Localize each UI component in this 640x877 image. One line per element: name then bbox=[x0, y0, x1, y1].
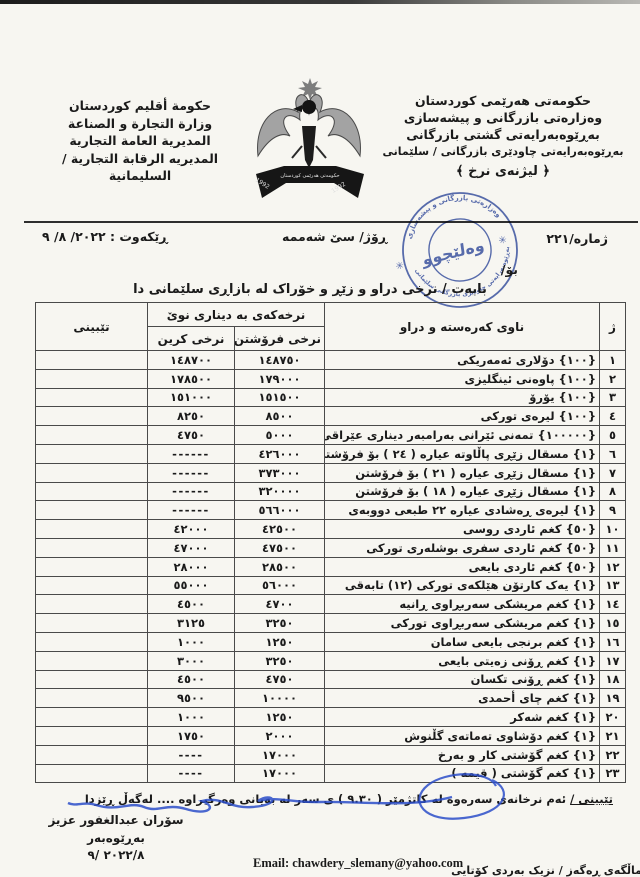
table-row: ٢٣ {١} کغم گۆشتی ( قیمە ) ١٧٠٠٠ ---- bbox=[36, 764, 626, 783]
row-number: ٣ bbox=[600, 388, 626, 407]
note-cell bbox=[36, 557, 148, 576]
table-row: ١٤ {١} کغم مریشکی سەربڕاوی ڕانیە ٤٧٠٠ ٤٥… bbox=[36, 595, 626, 614]
signature-date: ٢٠٢٢/٨ /٩ bbox=[36, 847, 196, 865]
item-name: {١} کغم گۆشتی کار و بەرخ bbox=[325, 745, 600, 764]
footnote-label: تێبینی / bbox=[570, 792, 613, 806]
row-number: ١٦ bbox=[600, 632, 626, 651]
note-cell bbox=[36, 670, 148, 689]
buy-price: ٤٧٥٠ bbox=[148, 426, 235, 445]
sell-price: ٤٢٥٠٠ bbox=[235, 520, 325, 539]
buy-price: ٣١٢٥ bbox=[148, 614, 235, 633]
item-name: {٥٠} کغم ئاردی روسی bbox=[325, 520, 600, 539]
row-number: ١٨ bbox=[600, 670, 626, 689]
ribbon-text: حکومەتی هەرێمی کوردستان bbox=[280, 173, 339, 179]
row-number: ١٠ bbox=[600, 520, 626, 539]
buy-price: ٣٠٠٠ bbox=[148, 651, 235, 670]
sub-directorate-line-ku: بەڕێوەبەرایەتی چاودێری بازرگانی / سلێمان… bbox=[374, 143, 632, 160]
sell-price: ٣٧٣٠٠٠ bbox=[235, 463, 325, 482]
note-cell bbox=[36, 708, 148, 727]
row-number: ٩ bbox=[600, 501, 626, 520]
buy-price: ١٠٠٠ bbox=[148, 708, 235, 727]
sell-price: ٥٦٠٠٠ bbox=[235, 576, 325, 595]
buy-price: ٢٨٠٠٠ bbox=[148, 557, 235, 576]
row-number: ١٥ bbox=[600, 614, 626, 633]
sell-price: ١٧٩٠٠٠ bbox=[235, 369, 325, 388]
header-divider-line bbox=[24, 221, 638, 223]
sell-price: ٨٥٠٠ bbox=[235, 407, 325, 426]
table-row: ١٨ {١} کغم ڕۆنی تکسان ٤٧٥٠ ٤٥٠٠ bbox=[36, 670, 626, 689]
note-cell bbox=[36, 444, 148, 463]
row-number: ٢ bbox=[600, 369, 626, 388]
note-cell bbox=[36, 614, 148, 633]
buy-price: ٤٥٠٠ bbox=[148, 595, 235, 614]
table-row: ٤ {١٠٠} لیرەی تورکی ٨٥٠٠ ٨٢٥٠ bbox=[36, 407, 626, 426]
ministry-line-ar: وزارة التجارة و الصناعة bbox=[34, 115, 246, 133]
row-number: ١٧ bbox=[600, 651, 626, 670]
sell-price: ٤٢٦٠٠٠ bbox=[235, 444, 325, 463]
sell-price: ١٥١٥٠٠ bbox=[235, 388, 325, 407]
buy-price: ١٤٨٧٠٠ bbox=[148, 351, 235, 370]
note-cell bbox=[36, 482, 148, 501]
table-row: ٢٠ {١} کغم شەکر ١٢٥٠ ١٠٠٠ bbox=[36, 708, 626, 727]
row-number: ٢٣ bbox=[600, 764, 626, 783]
ribbon-banner bbox=[256, 166, 364, 198]
row-number: ٤ bbox=[600, 407, 626, 426]
buy-price: ٤٧٠٠٠ bbox=[148, 538, 235, 557]
table-row: ١ {١٠٠} دۆلاری ئەمەریکی ١٤٨٧٥٠ ١٤٨٧٠٠ bbox=[36, 351, 626, 370]
date-value: ٢٠٢٢/ ٨/ ٩ bbox=[42, 229, 106, 244]
note-cell bbox=[36, 764, 148, 783]
note-cell bbox=[36, 538, 148, 557]
buy-price: ------ bbox=[148, 444, 235, 463]
sell-price: ٣٢٠٠٠٠ bbox=[235, 482, 325, 501]
sub-directorate-line-ar: المديريه الرقابة التجارية / السليمانية bbox=[34, 150, 246, 185]
table-row: ٢٢ {١} کغم گۆشتی کار و بەرخ ١٧٠٠٠ ---- bbox=[36, 745, 626, 764]
item-name: {١} مسقال زێڕی عیارە ( ١٨ ) بۆ فرۆشتن bbox=[325, 482, 600, 501]
sell-price: ١٢٥٠ bbox=[235, 632, 325, 651]
sell-price: ٥٦٦٠٠٠ bbox=[235, 501, 325, 520]
table-row: ٨ {١} مسقال زێڕی عیارە ( ١٨ ) بۆ فرۆشتن … bbox=[36, 482, 626, 501]
table-row: ١١ {٥٠} کغم ئاردی سفری بوشلەری تورکی ٤٧٥… bbox=[36, 538, 626, 557]
item-name: {١} کغم ڕۆنی تکسان bbox=[325, 670, 600, 689]
row-number: ٧ bbox=[600, 463, 626, 482]
note-cell bbox=[36, 726, 148, 745]
buy-price: ٤٢٠٠٠ bbox=[148, 520, 235, 539]
document-date: ڕێکەوت : ٢٠٢٢/ ٨/ ٩ bbox=[42, 229, 168, 244]
buy-price: ------ bbox=[148, 463, 235, 482]
signatory-role: بەڕێوەبەر bbox=[36, 830, 196, 848]
eagle-head-icon bbox=[302, 100, 316, 114]
note-cell bbox=[36, 576, 148, 595]
sell-price: ١٢٥٠ bbox=[235, 708, 325, 727]
item-name: {١٠٠} پاوەنی ئینگلیزی bbox=[325, 369, 600, 388]
sell-price: ٢٨٥٠٠ bbox=[235, 557, 325, 576]
header-no: ژ bbox=[600, 303, 626, 351]
item-name: {١٠٠} لیرەی تورکی bbox=[325, 407, 600, 426]
note-cell bbox=[36, 426, 148, 445]
row-number: ٢١ bbox=[600, 726, 626, 745]
subject-line: بابەت / نرخی دراو و زێڕ و خۆراک لە بازاڕ… bbox=[20, 282, 600, 297]
row-number: ١ bbox=[600, 351, 626, 370]
row-number: ١١ bbox=[600, 538, 626, 557]
table-row: ٦ {١} مسقال زێڕی پاڵاوتە عیارە ( ٢٤ ) بۆ… bbox=[36, 444, 626, 463]
note-cell bbox=[36, 632, 148, 651]
buy-price: ------ bbox=[148, 482, 235, 501]
note-cell bbox=[36, 407, 148, 426]
header-buy-price: نرخی کرین bbox=[148, 327, 235, 351]
stamp-ring-top-text: وەزارەتی بازرگانی و پیشەسازی bbox=[398, 184, 504, 242]
footnote-closing: لەگەڵ ڕێزدا bbox=[85, 792, 153, 806]
price-committee-line: ﴿ لیژنەی نرخ ﴾ bbox=[374, 163, 632, 180]
sell-price: ١٧٠٠٠ bbox=[235, 745, 325, 764]
sell-price: ٤٧٥٠٠ bbox=[235, 538, 325, 557]
sell-price: ١٧٠٠٠ bbox=[235, 764, 325, 783]
item-name: {١} یەک کارتۆن هێلکەی تورکی (١٢) تابەقی bbox=[325, 576, 600, 595]
date-label: ڕێکەوت : bbox=[110, 229, 168, 244]
table-row: ٢ {١٠٠} پاوەنی ئینگلیزی ١٧٩٠٠٠ ١٧٨٥٠٠ bbox=[36, 369, 626, 388]
price-table: ژ ناوی کەرەستە و دراو نرخەکەی بە دیناری … bbox=[35, 302, 626, 783]
buy-price: ١٥١٠٠٠ bbox=[148, 388, 235, 407]
header-arabic-block: حكومة أقليم كوردستان وزارة التجارة و الص… bbox=[34, 97, 246, 185]
row-number: ٨ bbox=[600, 482, 626, 501]
item-name: {١} کغم ڕۆنی زەیتی بایعی bbox=[325, 651, 600, 670]
buy-price: ٨٢٥٠ bbox=[148, 407, 235, 426]
table-row: ٢١ {١} کغم دۆشاوی تەماتەی گڵنوش ٢٠٠٠ ١٧٥… bbox=[36, 726, 626, 745]
footnote-line: تێبینی / ئەم نرخانەی سەرەوە لە کاتژمێر (… bbox=[85, 792, 613, 806]
note-cell bbox=[36, 595, 148, 614]
row-number: ٦ bbox=[600, 444, 626, 463]
sell-price: ١٠٠٠٠ bbox=[235, 689, 325, 708]
item-name: {٥٠} کغم ئاردی سفری بوشلەری تورکی bbox=[325, 538, 600, 557]
item-name: {١} کغم مریشکی سەربڕاوی تورکی bbox=[325, 614, 600, 633]
directorate-line-ku: بەڕێوەبەرایەتی گشتی بازرگانی bbox=[374, 126, 632, 143]
scan-edge-artifact bbox=[0, 0, 640, 4]
row-number: ١٤ bbox=[600, 595, 626, 614]
gov-line-ar: حكومة أقليم كوردستان bbox=[34, 97, 246, 115]
item-name: {١٠٠٠٠٠} تمەنی ئێرانی بەرامبەر دیناری عێ… bbox=[325, 426, 600, 445]
table-row: ٣ {١٠٠} یۆرۆ ١٥١٥٠٠ ١٥١٠٠٠ bbox=[36, 388, 626, 407]
header-item: ناوی کەرەستە و دراو bbox=[325, 303, 600, 351]
row-number: ٢٠ bbox=[600, 708, 626, 727]
table-row: ١٦ {١} کغم برنجی بایعی سامان ١٢٥٠ ١٠٠٠ bbox=[36, 632, 626, 651]
document-day: ڕۆژ/ سێ شەممە bbox=[282, 229, 387, 244]
buy-price: ١٧٨٥٠٠ bbox=[148, 369, 235, 388]
item-name: {١} کغم مریشکی سەربڕاوی ڕانیە bbox=[325, 595, 600, 614]
table-row: ١٩ {١} کغم چای أحمدی ١٠٠٠٠ ٩٥٠٠ bbox=[36, 689, 626, 708]
table-row: ١٠ {٥٠} کغم ئاردی روسی ٤٢٥٠٠ ٤٢٠٠٠ bbox=[36, 520, 626, 539]
header-price-group: نرخەکەی بە دیناری نوێ bbox=[148, 303, 325, 327]
krg-eagle-emblem: حکومەتی هەرێمی کوردستان 1992 1992 bbox=[248, 70, 372, 212]
signatory-name: سۆران عبدالغفور عزیز bbox=[36, 812, 196, 830]
sell-price: ٥٠٠٠ bbox=[235, 426, 325, 445]
item-name: {١} کغم شەکر bbox=[325, 708, 600, 727]
item-name: {١} کغم برنجی بایعی سامان bbox=[325, 632, 600, 651]
document-number: ژمارە/٢٢١ bbox=[546, 231, 608, 246]
sell-price: ٤٧٠٠ bbox=[235, 595, 325, 614]
item-name: {١} مسقال زێڕی پاڵاوتە عیارە ( ٢٤ ) بۆ ف… bbox=[325, 444, 600, 463]
signature-block: سۆران عبدالغفور عزیز بەڕێوەبەر ٢٠٢٢/٨ /٩ bbox=[36, 812, 196, 865]
note-cell bbox=[36, 651, 148, 670]
row-number: ١٣ bbox=[600, 576, 626, 595]
item-name: {١} کغم چای أحمدی bbox=[325, 689, 600, 708]
item-name: {١٠٠} دۆلاری ئەمەریکی bbox=[325, 351, 600, 370]
table-row: ١٣ {١} یەک کارتۆن هێلکەی تورکی (١٢) تابە… bbox=[36, 576, 626, 595]
item-name: {١} کغم گۆشتی ( قیمە ) bbox=[325, 764, 600, 783]
footnote-text: ئەم نرخانەی سەرەوە لە کاتژمێر ( ٩.٣٠ ) ی… bbox=[157, 792, 566, 806]
buy-price: ٤٥٠٠ bbox=[148, 670, 235, 689]
sell-price: ١٤٨٧٥٠ bbox=[235, 351, 325, 370]
stamp-star-right-icon: ✳ bbox=[497, 235, 508, 248]
note-cell bbox=[36, 388, 148, 407]
sell-price: ٢٠٠٠ bbox=[235, 726, 325, 745]
row-number: ١٩ bbox=[600, 689, 626, 708]
item-name: {٥٠} کغم ئاردی بایعی bbox=[325, 557, 600, 576]
footer-address: ماڵگەی ڕەگەز / نزیک بەردی کۆتایی bbox=[452, 864, 640, 877]
note-cell bbox=[36, 689, 148, 708]
buy-price: ١٧٥٠ bbox=[148, 726, 235, 745]
scanned-price-document: حكومة أقليم كوردستان وزارة التجارة و الص… bbox=[0, 0, 640, 877]
row-number: ٥ bbox=[600, 426, 626, 445]
table-row: ٥ {١٠٠٠٠٠} تمەنی ئێرانی بەرامبەر دیناری … bbox=[36, 426, 626, 445]
buy-price: ------ bbox=[148, 501, 235, 520]
sell-price: ٤٧٥٠ bbox=[235, 670, 325, 689]
footer-email: Email: chawdery_slemany@yahoo.com bbox=[253, 856, 463, 871]
item-name: {١٠٠} یۆرۆ bbox=[325, 388, 600, 407]
eagle-body-icon bbox=[302, 126, 316, 168]
table-row: ١٧ {١} کغم ڕۆنی زەیتی بایعی ٣٢٥٠ ٣٠٠٠ bbox=[36, 651, 626, 670]
sell-price: ٣٢٥٠ bbox=[235, 651, 325, 670]
buy-price: ٩٥٠٠ bbox=[148, 689, 235, 708]
note-cell bbox=[36, 501, 148, 520]
to-label: بۆ/ bbox=[501, 262, 518, 277]
buy-price: ---- bbox=[148, 764, 235, 783]
buy-price: ---- bbox=[148, 745, 235, 764]
note-cell bbox=[36, 369, 148, 388]
item-name: {١} کغم دۆشاوی تەماتەی گڵنوش bbox=[325, 726, 600, 745]
table-row: ١٥ {١} کغم مریشکی سەربڕاوی تورکی ٣٢٥٠ ٣١… bbox=[36, 614, 626, 633]
ministry-line-ku: وەزارەتی بازرگانی و پیشەسازی bbox=[374, 109, 632, 126]
item-name: {١} لیرەی ڕەشادی عیارە ٢٢ طبعی دووبەی bbox=[325, 501, 600, 520]
row-number: ١٢ bbox=[600, 557, 626, 576]
buy-price: ٥٥٠٠٠ bbox=[148, 576, 235, 595]
directorate-line-ar: المديرية العامة التجارية bbox=[34, 132, 246, 150]
note-cell bbox=[36, 520, 148, 539]
table-row: ٩ {١} لیرەی ڕەشادی عیارە ٢٢ طبعی دووبەی … bbox=[36, 501, 626, 520]
item-name: {١} مسقال زێڕی عیارە ( ٢١ ) بۆ فرۆشتن bbox=[325, 463, 600, 482]
header-sell-price: نرخی فرۆشتن bbox=[235, 327, 325, 351]
table-row: ١٢ {٥٠} کغم ئاردی بایعی ٢٨٥٠٠ ٢٨٠٠٠ bbox=[36, 557, 626, 576]
note-cell bbox=[36, 351, 148, 370]
header-kurdish-block: حکومەتی هەرێمی کوردستان وەزارەتی بازرگان… bbox=[374, 92, 632, 180]
buy-price: ١٠٠٠ bbox=[148, 632, 235, 651]
gov-line-ku: حکومەتی هەرێمی کوردستان bbox=[374, 92, 632, 109]
sell-price: ٣٢٥٠ bbox=[235, 614, 325, 633]
header-notes: تێبینی bbox=[36, 303, 148, 351]
table-row: ٧ {١} مسقال زێڕی عیارە ( ٢١ ) بۆ فرۆشتن … bbox=[36, 463, 626, 482]
note-cell bbox=[36, 463, 148, 482]
note-cell bbox=[36, 745, 148, 764]
row-number: ٢٢ bbox=[600, 745, 626, 764]
